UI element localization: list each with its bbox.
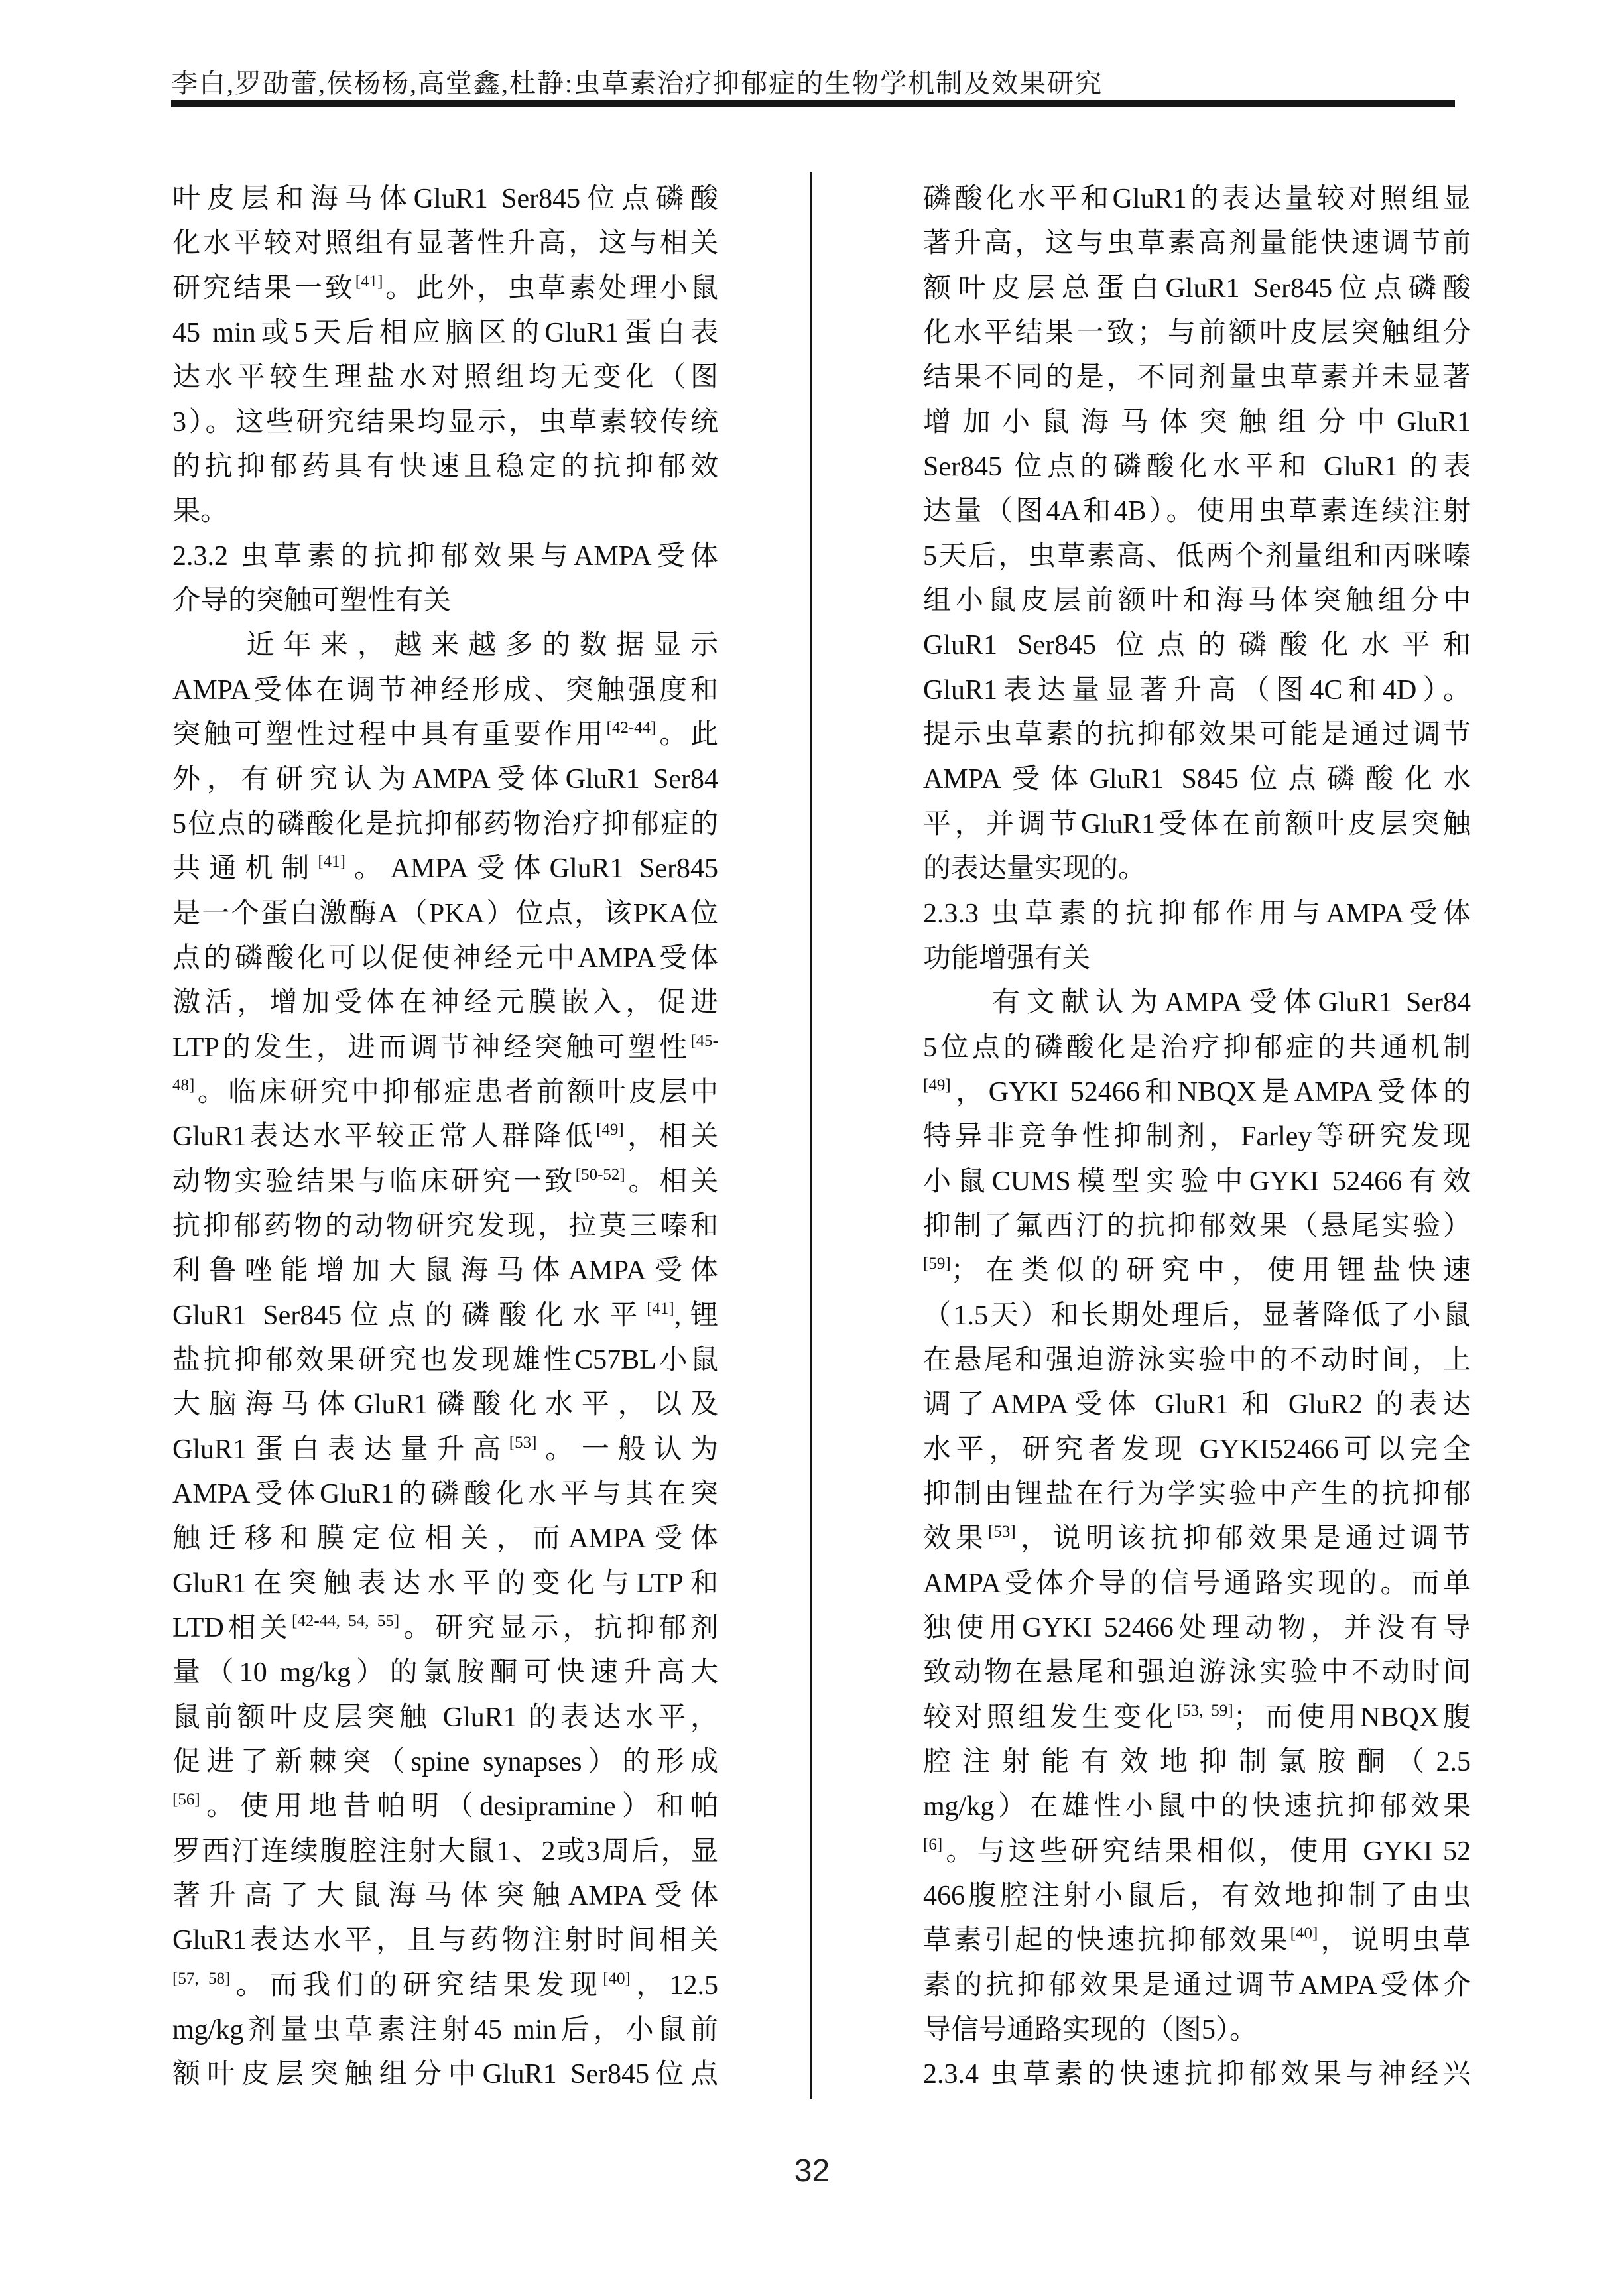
text-run: 小鼠CUMS模型实验中GYKI 52466有效 [923, 1167, 1471, 1197]
text-run: 外，有研究认为AMPA受体GluR1 Ser84 [172, 764, 718, 794]
text-line: AMPA受体在调节神经形成、突触强度和 [172, 668, 718, 713]
text-run: 5位点的磷酸化是治疗抑郁症的共通机制 [923, 1033, 1471, 1063]
text-line: 独使用GYKI 52466处理动物，并没有导 [923, 1606, 1471, 1651]
text-run: ，说明虫草 [1318, 1925, 1471, 1956]
left-text-column: 叶皮层和海马体GluR1 Ser845位点磷酸化水平较对照组有显著性升高，这与相… [172, 177, 718, 2098]
text-line: 水平，研究者发现 GYKI52466可以完全 [923, 1428, 1471, 1472]
text-run: 独使用GYKI 52466处理动物，并没有导 [923, 1613, 1471, 1643]
text-run: 。使用地昔帕明（desipramine）和帕 [200, 1791, 718, 1822]
text-line: 有文献认为AMPA受体GluR1 Ser84 [923, 981, 1471, 1025]
text-run: 化水平结果一致；与前额叶皮层突触组分 [923, 318, 1471, 348]
text-run: ，相关 [624, 1121, 718, 1152]
text-line: GluR1表达量显著升高（图4C和4D）。 [923, 668, 1471, 713]
text-run: 罗西汀连续腹腔注射大鼠1、2或3周后，显 [172, 1836, 718, 1867]
citation-superscript: [56] [172, 1791, 200, 1808]
text-run: 抑制了氟西汀的抗抑郁效果（悬尾实验） [923, 1211, 1471, 1241]
text-line: 提示虫草素的抗抑郁效果可能是通过调节 [923, 713, 1471, 757]
text-line: 特异非竞争性抑制剂，Farley等研究发现 [923, 1115, 1471, 1159]
text-run: 点的磷酸化可以促使神经元中AMPA受体 [172, 943, 718, 974]
column-divider [810, 172, 812, 2099]
text-run: 调了AMPA受体 GluR1 和 GluR2 的表达 [923, 1389, 1471, 1420]
citation-superscript: [40] [1290, 1925, 1318, 1942]
text-line: 果。 [172, 489, 718, 534]
text-line: 化水平较对照组有显著性升高，这与相关 [172, 221, 718, 266]
text-line: [56]。使用地昔帕明（desipramine）和帕 [172, 1785, 718, 1829]
text-run: 。临床研究中抑郁症患者前额叶皮层中 [194, 1077, 718, 1107]
text-line: mg/kg剂量虫草素注射45 min后，小鼠前 [172, 2008, 718, 2053]
text-run: 3）。这些研究结果均显示，虫草素较传统 [172, 407, 718, 438]
text-line: 外，有研究认为AMPA受体GluR1 Ser84 [172, 757, 718, 802]
running-header: 李白,罗劭蕾,侯杨杨,高堂鑫,杜静:虫草素治疗抑郁症的生物学机制及效果研究 [171, 66, 1103, 101]
text-line: 45 min或5天后相应脑区的GluR1蛋白表 [172, 311, 718, 355]
text-run: 化水平较对照组有显著性升高，这与相关 [172, 228, 718, 259]
text-line: 致动物在悬尾和强迫游泳实验中不动时间 [923, 1651, 1471, 1695]
text-line: 2.3.3 虫草素的抗抑郁作用与AMPA受体 [923, 892, 1471, 936]
text-run: 磷酸化水平和GluR1的表达量较对照组显 [923, 184, 1471, 214]
text-run: AMPA受体在调节神经形成、突触强度和 [172, 675, 718, 706]
text-run: 著升高了大鼠海马体突触AMPA受体 [172, 1881, 718, 1911]
text-run: 草素引起的快速抗抑郁效果 [923, 1925, 1290, 1956]
text-line: 动物实验结果与临床研究一致[50-52]。相关 [172, 1160, 718, 1204]
text-run: 致动物在悬尾和强迫游泳实验中不动时间 [923, 1657, 1471, 1688]
text-run: 效果 [923, 1523, 988, 1554]
citation-superscript: [45- [690, 1032, 718, 1050]
text-line: AMPA受体介导的信号通路实现的。而单 [923, 1562, 1471, 1606]
text-line: 腔注射能有效地抑制氯胺酮（2.5 [923, 1740, 1471, 1785]
text-line: 盐抗抑郁效果研究也发现雄性C57BL小鼠 [172, 1338, 718, 1383]
text-line: 鼠前额叶皮层突触 GluR1 的表达水平， [172, 1696, 718, 1740]
text-run: 。此 [656, 720, 718, 750]
text-run: 近年来，越来越多的数据显示 [172, 630, 718, 661]
text-run: 组小鼠皮层前额叶和海马体突触组分中 [923, 586, 1471, 616]
citation-superscript: [53, 59] [1177, 1702, 1233, 1720]
text-line: 2.3.2 虫草素的抗抑郁效果与AMPA受体 [172, 535, 718, 579]
text-line: 著升高了大鼠海马体突触AMPA受体 [172, 1874, 718, 1919]
text-run: 额叶皮层突触组分中GluR1 Ser845位点 [172, 2059, 718, 2090]
text-line: 增加小鼠海马体突触组分中GluR1 [923, 401, 1471, 445]
text-run: 素的抗抑郁效果是通过调节AMPA受体介 [923, 1970, 1471, 2001]
text-run: 达水平较生理盐水对照组均无变化（图 [172, 362, 718, 393]
text-line: 功能增强有关 [923, 936, 1471, 981]
text-run: 是一个蛋白激酶A（PKA）位点，该PKA位 [172, 899, 718, 929]
text-run: 果。 [172, 496, 228, 527]
right-text-column: 磷酸化水平和GluR1的表达量较对照组显著升高，这与虫草素高剂量能快速调节前额叶… [923, 177, 1471, 2098]
text-run: 触迁移和膜定位相关，而AMPA受体 [172, 1523, 718, 1554]
text-run: 介导的突触可塑性有关 [172, 586, 451, 616]
text-run: 研究结果一致 [172, 273, 355, 304]
text-run: GluR1 Ser845位点的磷酸化水平 [172, 1300, 647, 1331]
citation-superscript: [49] [596, 1121, 624, 1139]
text-line: GluR1 Ser845位点的磷酸化水平[41],锂 [172, 1294, 718, 1338]
text-line: GluR1表达水平，且与药物注射时间相关 [172, 1919, 718, 1963]
text-run: 466腹腔注射小鼠后，有效地抑制了由虫 [923, 1881, 1471, 1911]
text-line: 48]。临床研究中抑郁症患者前额叶皮层中 [172, 1070, 718, 1115]
text-run: Ser845 位点的磷酸化水平和 GluR1 的表 [923, 452, 1471, 482]
text-line: 共通机制[41]。AMPA受体GluR1 Ser845 [172, 847, 718, 891]
text-line: 额叶皮层突触组分中GluR1 Ser845位点 [172, 2053, 718, 2097]
text-run: 导信号通路实现的（图5）。 [923, 2015, 1257, 2045]
text-run: 。与这些研究结果相似，使用 GYKI 52 [942, 1836, 1471, 1867]
text-run: 增加小鼠海马体突触组分中GluR1 [923, 407, 1471, 438]
text-line: GluR1在突触表达水平的变化与LTP和 [172, 1562, 718, 1606]
text-line: AMPA受体GluR1的磷酸化水平与其在突 [172, 1472, 718, 1517]
text-line: 达水平较生理盐水对照组均无变化（图 [172, 355, 718, 400]
page-number: 32 [0, 2153, 1624, 2189]
text-line: 结果不同的是，不同剂量虫草素并未显著 [923, 355, 1471, 400]
text-line: 的抗抑郁药具有快速且稳定的抗抑郁效 [172, 445, 718, 489]
text-line: 促进了新棘突（spine synapses）的形成 [172, 1740, 718, 1785]
text-run: AMPA受体GluR1 S845位点磷酸化水 [923, 764, 1471, 794]
text-run: 。研究显示，抗抑郁剂 [399, 1613, 718, 1643]
text-line: 抑制了氟西汀的抗抑郁效果（悬尾实验） [923, 1204, 1471, 1249]
header-rule [171, 100, 1455, 107]
text-line: GluR1蛋白表达量升高[53]。一般认为 [172, 1428, 718, 1472]
text-run: ，12.5 [631, 1970, 718, 2001]
text-run: 抑制由锂盐在行为学实验中产生的抗抑郁 [923, 1479, 1471, 1509]
text-run: 平，并调节GluR1受体在前额叶皮层突触 [923, 809, 1471, 840]
text-line: GluR1 Ser845 位点的磷酸化水平和 [923, 623, 1471, 668]
text-run: 。AMPA受体GluR1 Ser845 [345, 854, 718, 884]
citation-superscript: [57, 58] [172, 1970, 230, 1988]
text-line: AMPA受体GluR1 S845位点磷酸化水 [923, 757, 1471, 802]
text-run: 共通机制 [172, 854, 318, 884]
text-run: mg/kg）在雄性小鼠中的快速抗抑郁效果 [923, 1791, 1471, 1822]
citation-superscript: [53] [509, 1434, 537, 1452]
citation-superscript: [53] [988, 1523, 1016, 1541]
text-run: 2.3.2 虫草素的抗抑郁效果与AMPA受体 [172, 541, 718, 572]
text-run: （1.5天）和长期处理后，显著降低了小鼠 [923, 1300, 1471, 1331]
text-run: ，GYKI 52466和NBQX是AMPA受体的 [951, 1077, 1471, 1107]
text-run: 水平，研究者发现 GYKI52466可以完全 [923, 1434, 1471, 1465]
citation-superscript: [41] [318, 853, 345, 871]
text-run: 5位点的磷酸化是抗抑郁药物治疗抑郁症的 [172, 809, 718, 840]
text-run: 有文献认为AMPA受体GluR1 Ser84 [923, 987, 1471, 1018]
citation-superscript: [41] [647, 1300, 674, 1318]
text-line: 介导的突触可塑性有关 [172, 579, 718, 623]
citation-superscript: [42-44] [607, 719, 656, 737]
text-line: 调了AMPA受体 GluR1 和 GluR2 的表达 [923, 1383, 1471, 1427]
text-run: LTD相关 [172, 1613, 292, 1643]
text-line: 466腹腔注射小鼠后，有效地抑制了由虫 [923, 1874, 1471, 1919]
text-line: 在悬尾和强迫游泳实验中的不动时间，上 [923, 1338, 1471, 1383]
text-line: [49]，GYKI 52466和NBQX是AMPA受体的 [923, 1070, 1471, 1115]
text-line: 5天后，虫草素高、低两个剂量组和丙咪嗪 [923, 535, 1471, 579]
text-run: 额叶皮层总蛋白GluR1 Ser845位点磷酸 [923, 273, 1471, 304]
text-line: 大脑海马体GluR1磷酸化水平，以及 [172, 1383, 718, 1427]
text-line: 磷酸化水平和GluR1的表达量较对照组显 [923, 177, 1471, 221]
text-run: GluR1表达水平，且与药物注射时间相关 [172, 1925, 718, 1956]
citation-superscript: [41] [355, 273, 383, 290]
text-line: 额叶皮层总蛋白GluR1 Ser845位点磷酸 [923, 267, 1471, 311]
text-line: 达量（图4A和4B）。使用虫草素连续注射 [923, 489, 1471, 534]
citation-superscript: [49] [923, 1076, 951, 1094]
text-run: 在悬尾和强迫游泳实验中的不动时间，上 [923, 1345, 1471, 1375]
text-run: 45 min或5天后相应脑区的GluR1蛋白表 [172, 318, 718, 348]
citation-superscript: [6] [923, 1836, 942, 1854]
text-line: 突触可塑性过程中具有重要作用[42-44]。此 [172, 713, 718, 757]
text-run: 。相关 [625, 1167, 718, 1197]
text-run: GluR1在突触表达水平的变化与LTP和 [172, 1568, 718, 1599]
text-line: 抗抑郁药物的动物研究发现，拉莫三嗪和 [172, 1204, 718, 1249]
text-line: [57, 58]。而我们的研究结果发现[40]，12.5 [172, 1964, 718, 2008]
text-line: 是一个蛋白激酶A（PKA）位点，该PKA位 [172, 892, 718, 936]
text-line: 叶皮层和海马体GluR1 Ser845位点磷酸 [172, 177, 718, 221]
text-line: 组小鼠皮层前额叶和海马体突触组分中 [923, 579, 1471, 623]
text-run: GluR1蛋白表达量升高 [172, 1434, 509, 1465]
text-line: 化水平结果一致；与前额叶皮层突触组分 [923, 311, 1471, 355]
text-line: mg/kg）在雄性小鼠中的快速抗抑郁效果 [923, 1785, 1471, 1829]
text-line: 小鼠CUMS模型实验中GYKI 52466有效 [923, 1160, 1471, 1204]
text-run: 提示虫草素的抗抑郁效果可能是通过调节 [923, 720, 1471, 750]
text-run: 大脑海马体GluR1磷酸化水平，以及 [172, 1389, 718, 1420]
text-run: 。此外，虫草素处理小鼠 [383, 273, 718, 304]
text-run: 2.3.4 虫草素的快速抗抑郁效果与神经兴 [923, 2059, 1471, 2090]
text-run: 突触可塑性过程中具有重要作用 [172, 720, 607, 750]
text-run: 较对照组发生变化 [923, 1702, 1177, 1733]
text-line: [59]；在类似的研究中，使用锂盐快速 [923, 1249, 1471, 1293]
text-run: 鼠前额叶皮层突触 GluR1 的表达水平， [172, 1702, 718, 1733]
text-run: 激活，增加受体在神经元膜嵌入，促进 [172, 987, 718, 1018]
text-line: 效果[53]，说明该抗抑郁效果是通过调节 [923, 1517, 1471, 1561]
citation-superscript: [50-52] [576, 1166, 625, 1184]
text-run: 。而我们的研究结果发现 [230, 1970, 603, 2001]
text-run: 5天后，虫草素高、低两个剂量组和丙咪嗪 [923, 541, 1471, 572]
text-line: 草素引起的快速抗抑郁效果[40]，说明虫草 [923, 1919, 1471, 1963]
text-line: 较对照组发生变化[53, 59]；而使用NBQX腹 [923, 1696, 1471, 1740]
text-run: ；在类似的研究中，使用锂盐快速 [951, 1255, 1471, 1286]
text-run: ，说明该抗抑郁效果是通过调节 [1016, 1523, 1471, 1554]
text-line: 罗西汀连续腹腔注射大鼠1、2或3周后，显 [172, 1830, 718, 1874]
text-line: 平，并调节GluR1受体在前额叶皮层突触 [923, 802, 1471, 847]
text-line: 3）。这些研究结果均显示，虫草素较传统 [172, 401, 718, 445]
text-run: 叶皮层和海马体GluR1 Ser845位点磷酸 [172, 184, 718, 214]
text-line: GluR1表达水平较正常人群降低[49]，相关 [172, 1115, 718, 1159]
text-run: 量（10 mg/kg）的氯胺酮可快速升高大 [172, 1657, 718, 1688]
text-line: 近年来，越来越多的数据显示 [172, 623, 718, 668]
text-line: 导信号通路实现的（图5）。 [923, 2008, 1471, 2053]
text-run: ；而使用NBQX腹 [1233, 1702, 1471, 1733]
text-run: ,锂 [674, 1300, 718, 1331]
text-run: GluR1表达水平较正常人群降低 [172, 1121, 596, 1152]
text-run: AMPA受体GluR1的磷酸化水平与其在突 [172, 1479, 718, 1509]
text-run: GluR1表达量显著升高（图4C和4D）。 [923, 675, 1471, 706]
text-run: 结果不同的是，不同剂量虫草素并未显著 [923, 362, 1471, 393]
text-run: 2.3.3 虫草素的抗抑郁作用与AMPA受体 [923, 899, 1471, 929]
text-line: 2.3.4 虫草素的快速抗抑郁效果与神经兴 [923, 2053, 1471, 2097]
text-line: 素的抗抑郁效果是通过调节AMPA受体介 [923, 1964, 1471, 2008]
text-line: 点的磷酸化可以促使神经元中AMPA受体 [172, 936, 718, 981]
text-run: 。一般认为 [536, 1434, 718, 1465]
text-line: LTP的发生，进而调节神经突触可塑性[45- [172, 1026, 718, 1070]
text-line: （1.5天）和长期处理后，显著降低了小鼠 [923, 1294, 1471, 1338]
text-run: 的抗抑郁药具有快速且稳定的抗抑郁效 [172, 452, 718, 482]
text-run: 促进了新棘突（spine synapses）的形成 [172, 1747, 718, 1777]
text-run: 动物实验结果与临床研究一致 [172, 1167, 576, 1197]
text-line: 著升高，这与虫草素高剂量能快速调节前 [923, 221, 1471, 266]
text-run: 特异非竞争性抑制剂，Farley等研究发现 [923, 1121, 1471, 1152]
text-run: GluR1 Ser845 位点的磷酸化水平和 [923, 630, 1471, 661]
citation-superscript: [59] [923, 1255, 951, 1273]
citation-superscript: [42-44, 54, 55] [292, 1612, 399, 1630]
text-line: 研究结果一致[41]。此外，虫草素处理小鼠 [172, 267, 718, 311]
citation-superscript: [40] [603, 1970, 631, 1988]
text-line: LTD相关[42-44, 54, 55]。研究显示，抗抑郁剂 [172, 1606, 718, 1651]
text-line: 抑制由锂盐在行为学实验中产生的抗抑郁 [923, 1472, 1471, 1517]
text-run: 的表达量实现的。 [923, 854, 1146, 884]
text-line: 5位点的磷酸化是治疗抑郁症的共通机制 [923, 1026, 1471, 1070]
text-line: 量（10 mg/kg）的氯胺酮可快速升高大 [172, 1651, 718, 1695]
text-line: 的表达量实现的。 [923, 847, 1471, 891]
text-line: Ser845 位点的磷酸化水平和 GluR1 的表 [923, 445, 1471, 489]
text-run: 抗抑郁药物的动物研究发现，拉莫三嗪和 [172, 1211, 718, 1241]
citation-superscript: 48] [172, 1076, 194, 1094]
text-run: 达量（图4A和4B）。使用虫草素连续注射 [923, 496, 1471, 527]
text-run: AMPA受体介导的信号通路实现的。而单 [923, 1568, 1471, 1599]
text-line: 触迁移和膜定位相关，而AMPA受体 [172, 1517, 718, 1561]
text-run: 盐抗抑郁效果研究也发现雄性C57BL小鼠 [172, 1345, 718, 1375]
text-run: 著升高，这与虫草素高剂量能快速调节前 [923, 228, 1471, 259]
text-line: 激活，增加受体在神经元膜嵌入，促进 [172, 981, 718, 1025]
text-run: 利鲁唑能增加大鼠海马体AMPA受体 [172, 1255, 718, 1286]
text-run: LTP的发生，进而调节神经突触可塑性 [172, 1033, 690, 1063]
text-run: 功能增强有关 [923, 943, 1090, 974]
text-run: 腔注射能有效地抑制氯胺酮（2.5 [923, 1747, 1471, 1777]
text-line: [6]。与这些研究结果相似，使用 GYKI 52 [923, 1830, 1471, 1874]
text-line: 5位点的磷酸化是抗抑郁药物治疗抑郁症的 [172, 802, 718, 847]
text-line: 利鲁唑能增加大鼠海马体AMPA受体 [172, 1249, 718, 1293]
text-run: mg/kg剂量虫草素注射45 min后，小鼠前 [172, 2015, 718, 2045]
